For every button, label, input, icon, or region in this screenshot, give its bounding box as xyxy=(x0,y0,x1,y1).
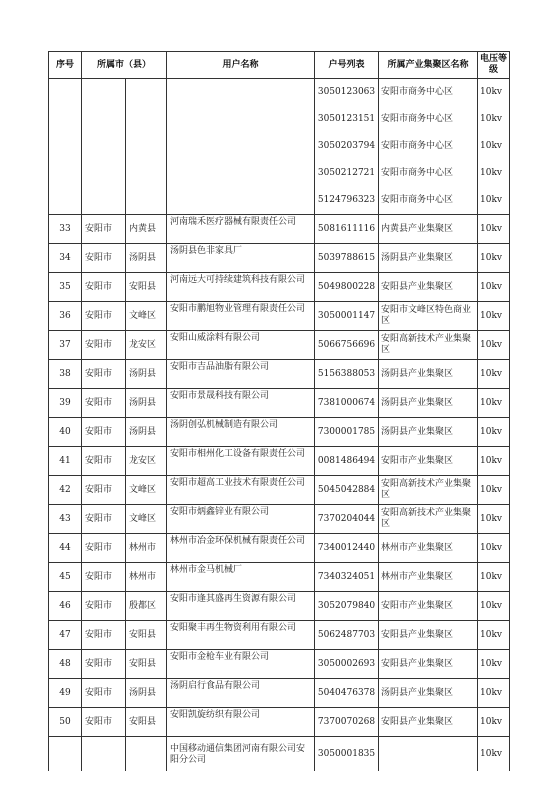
user-name-cell: 安阳聚丰再生物资利用有限公司 xyxy=(167,621,315,650)
table-row: 42安阳市文峰区安阳市超高工业技术有限责任公司5045042884安阳高新技术产… xyxy=(49,476,510,505)
user-name-cell: 汤阴启行食品有限公司 xyxy=(167,679,315,708)
header-user-name: 用户名称 xyxy=(167,52,315,79)
user-name-cell: 安阳市超高工业技术有限责任公司 xyxy=(167,476,315,505)
voltage-cell: 10kv xyxy=(478,79,510,107)
account-cell: 3050001835 xyxy=(315,737,379,772)
voltage-cell: 10kv xyxy=(478,534,510,563)
account-cell: 3050203794 xyxy=(315,133,379,160)
zone-cell: 汤阴县产业集聚区 xyxy=(379,244,478,273)
seq-cell: 40 xyxy=(49,418,82,447)
user-name-cell: 安阳市金枪车业有限公司 xyxy=(167,650,315,679)
voltage-cell: 10kv xyxy=(478,331,510,360)
county-cell: 内黄县 xyxy=(126,215,167,244)
account-cell: 5062487703 xyxy=(315,621,379,650)
seq-cell: 45 xyxy=(49,563,82,592)
header-seq: 序号 xyxy=(49,52,82,79)
county-cell: 汤阴县 xyxy=(126,360,167,389)
user-name-cell: 安阳山威涂料有限公司 xyxy=(167,331,315,360)
voltage-cell: 10kv xyxy=(478,273,510,302)
seq-cell: 36 xyxy=(49,302,82,331)
continuation-name-cell xyxy=(167,79,315,215)
account-cell: 5040476378 xyxy=(315,679,379,708)
account-cell: 5066756696 xyxy=(315,331,379,360)
voltage-cell: 10kv xyxy=(478,160,510,187)
zone-cell: 安阳县产业集聚区 xyxy=(379,708,478,737)
user-name-cell: 汤阴创弘机械制造有限公司 xyxy=(167,418,315,447)
account-cell: 0081486494 xyxy=(315,447,379,476)
table-row: 45安阳市林州市林州市金马机械厂7340324051林州市产业集聚区10kv xyxy=(49,563,510,592)
seq-cell: 50 xyxy=(49,708,82,737)
seq-cell: 46 xyxy=(49,592,82,621)
city-cell: 安阳市 xyxy=(82,505,126,534)
county-cell: 汤阴县 xyxy=(126,244,167,273)
account-cell: 7370070268 xyxy=(315,708,379,737)
seq-cell: 43 xyxy=(49,505,82,534)
zone-cell: 安阳市商务中心区 xyxy=(379,106,478,133)
zone-cell: 安阳市商务中心区 xyxy=(379,79,478,107)
voltage-cell: 10kv xyxy=(478,708,510,737)
county-cell: 安阳县 xyxy=(126,621,167,650)
zone-cell xyxy=(379,737,478,772)
county-cell: 汤阴县 xyxy=(126,389,167,418)
zone-cell: 内黄县产业集聚区 xyxy=(379,215,478,244)
county-cell: 汤阴县 xyxy=(126,418,167,447)
account-cell: 7300001785 xyxy=(315,418,379,447)
voltage-cell: 10kv xyxy=(478,187,510,215)
table-row: 38安阳市汤阴县安阳市吉品油脂有限公司5156388053汤阴县产业集聚区10k… xyxy=(49,360,510,389)
county-cell: 安阳县 xyxy=(126,273,167,302)
table-row: 34安阳市汤阴县汤阴县色非家具厂5039788615汤阴县产业集聚区10kv xyxy=(49,244,510,273)
seq-cell xyxy=(49,737,82,772)
seq-cell: 37 xyxy=(49,331,82,360)
county-cell: 安阳县 xyxy=(126,650,167,679)
zone-cell: 汤阴县产业集聚区 xyxy=(379,389,478,418)
zone-cell: 安阳高新技术产业集聚区 xyxy=(379,331,478,360)
city-cell: 安阳市 xyxy=(82,563,126,592)
account-cell: 7370204044 xyxy=(315,505,379,534)
user-name-cell: 安阳凯旋纺织有限公司 xyxy=(167,708,315,737)
voltage-cell: 10kv xyxy=(478,418,510,447)
voltage-cell: 10kv xyxy=(478,389,510,418)
city-cell: 安阳市 xyxy=(82,418,126,447)
table-row: 44安阳市林州市林州市冶金环保机械有限责任公司7340012440林州市产业集聚… xyxy=(49,534,510,563)
county-cell xyxy=(126,737,167,772)
city-cell: 安阳市 xyxy=(82,476,126,505)
seq-cell: 38 xyxy=(49,360,82,389)
city-cell: 安阳市 xyxy=(82,447,126,476)
voltage-cell: 10kv xyxy=(478,592,510,621)
city-cell: 安阳市 xyxy=(82,360,126,389)
table-row: 36安阳市文峰区安阳市鹏旭物业管理有限责任公司3050001147安阳市文峰区特… xyxy=(49,302,510,331)
user-name-cell: 中国移动通信集团河南有限公司安阳分公司 xyxy=(167,737,315,772)
voltage-cell: 10kv xyxy=(478,447,510,476)
zone-cell: 林州市产业集聚区 xyxy=(379,563,478,592)
zone-cell: 汤阴县产业集聚区 xyxy=(379,360,478,389)
city-cell: 安阳市 xyxy=(82,534,126,563)
seq-cell: 35 xyxy=(49,273,82,302)
account-cell: 7381000674 xyxy=(315,389,379,418)
county-cell: 文峰区 xyxy=(126,302,167,331)
table-row: 39安阳市汤阴县安阳市景晟科技有限公司7381000674汤阴县产业集聚区10k… xyxy=(49,389,510,418)
county-cell: 林州市 xyxy=(126,534,167,563)
user-name-cell: 林州市冶金环保机械有限责任公司 xyxy=(167,534,315,563)
voltage-cell: 10kv xyxy=(478,133,510,160)
zone-cell: 安阳县产业集聚区 xyxy=(379,650,478,679)
table-row: 43安阳市文峰区安阳市炳鑫锌业有限公司7370204044安阳高新技术产业集聚区… xyxy=(49,505,510,534)
city-cell: 安阳市 xyxy=(82,273,126,302)
county-cell: 文峰区 xyxy=(126,505,167,534)
document-page: 序号 所属市（县） 用户名称 户号列表 所属产业集聚区名称 电压等级 30501… xyxy=(48,51,510,771)
user-name-cell: 安阳市鹏旭物业管理有限责任公司 xyxy=(167,302,315,331)
county-cell: 文峰区 xyxy=(126,476,167,505)
user-name-cell: 安阳市景晟科技有限公司 xyxy=(167,389,315,418)
seq-cell: 47 xyxy=(49,621,82,650)
seq-cell: 49 xyxy=(49,679,82,708)
voltage-cell: 10kv xyxy=(478,106,510,133)
user-name-cell: 河南远大可持续建筑科技有限公司 xyxy=(167,273,315,302)
voltage-cell: 10kv xyxy=(478,360,510,389)
city-cell: 安阳市 xyxy=(82,389,126,418)
zone-cell: 安阳市商务中心区 xyxy=(379,160,478,187)
account-cell: 3050123063 xyxy=(315,79,379,107)
city-cell: 安阳市 xyxy=(82,650,126,679)
voltage-cell: 10kv xyxy=(478,737,510,772)
header-account: 户号列表 xyxy=(315,52,379,79)
seq-cell: 42 xyxy=(49,476,82,505)
seq-cell: 34 xyxy=(49,244,82,273)
table-row: 40安阳市汤阴县汤阴创弘机械制造有限公司7300001785汤阴县产业集聚区10… xyxy=(49,418,510,447)
voltage-cell: 10kv xyxy=(478,621,510,650)
table-row: 41安阳市龙安区安阳市相州化工设备有限责任公司0081486494安阳市产业集聚… xyxy=(49,447,510,476)
city-cell: 安阳市 xyxy=(82,621,126,650)
user-name-cell: 安阳市炳鑫锌业有限公司 xyxy=(167,505,315,534)
user-name-cell: 河南瑞禾医疗器械有限责任公司 xyxy=(167,215,315,244)
industrial-users-table: 序号 所属市（县） 用户名称 户号列表 所属产业集聚区名称 电压等级 30501… xyxy=(48,51,510,771)
table-row: 33安阳市内黄县河南瑞禾医疗器械有限责任公司5081611116内黄县产业集聚区… xyxy=(49,215,510,244)
table-row: 50安阳市安阳县安阳凯旋纺织有限公司7370070268安阳县产业集聚区10kv xyxy=(49,708,510,737)
zone-cell: 安阳市产业集聚区 xyxy=(379,447,478,476)
seq-cell: 41 xyxy=(49,447,82,476)
county-cell: 林州市 xyxy=(126,563,167,592)
seq-cell: 48 xyxy=(49,650,82,679)
zone-cell: 安阳市商务中心区 xyxy=(379,187,478,215)
account-cell: 5045042884 xyxy=(315,476,379,505)
table-row: 中国移动通信集团河南有限公司安阳分公司305000183510kv xyxy=(49,737,510,772)
voltage-cell: 10kv xyxy=(478,505,510,534)
zone-cell: 安阳市文峰区特色商业区 xyxy=(379,302,478,331)
voltage-cell: 10kv xyxy=(478,650,510,679)
county-cell: 龙安区 xyxy=(126,331,167,360)
account-cell: 3050123151 xyxy=(315,106,379,133)
county-cell: 殷都区 xyxy=(126,592,167,621)
city-cell xyxy=(82,737,126,772)
voltage-cell: 10kv xyxy=(478,679,510,708)
user-name-cell: 安阳市相州化工设备有限责任公司 xyxy=(167,447,315,476)
city-cell: 安阳市 xyxy=(82,244,126,273)
county-cell: 安阳县 xyxy=(126,708,167,737)
seq-cell: 33 xyxy=(49,215,82,244)
account-cell: 3052079840 xyxy=(315,592,379,621)
seq-cell: 44 xyxy=(49,534,82,563)
account-cell: 5124796323 xyxy=(315,187,379,215)
city-cell: 安阳市 xyxy=(82,331,126,360)
table-row: 48安阳市安阳县安阳市金枪车业有限公司3050002693安阳县产业集聚区10k… xyxy=(49,650,510,679)
table-row: 47安阳市安阳县安阳聚丰再生物资利用有限公司5062487703安阳县产业集聚区… xyxy=(49,621,510,650)
header-row: 序号 所属市（县） 用户名称 户号列表 所属产业集聚区名称 电压等级 xyxy=(49,52,510,79)
zone-cell: 安阳市商务中心区 xyxy=(379,133,478,160)
table-row: 37安阳市龙安区安阳山威涂料有限公司5066756696安阳高新技术产业集聚区1… xyxy=(49,331,510,360)
account-cell: 3050212721 xyxy=(315,160,379,187)
table-row: 46安阳市殷都区安阳市逢其盛再生资源有限公司3052079840安阳市产业集聚区… xyxy=(49,592,510,621)
zone-cell: 安阳市产业集聚区 xyxy=(379,592,478,621)
city-cell: 安阳市 xyxy=(82,215,126,244)
account-cell: 7340012440 xyxy=(315,534,379,563)
continuation-seq-cell xyxy=(49,79,82,215)
user-name-cell: 安阳市吉品油脂有限公司 xyxy=(167,360,315,389)
voltage-cell: 10kv xyxy=(478,215,510,244)
city-cell: 安阳市 xyxy=(82,592,126,621)
table-row: 35安阳市安阳县河南远大可持续建筑科技有限公司5049800228安阳县产业集聚… xyxy=(49,273,510,302)
account-cell: 3050001147 xyxy=(315,302,379,331)
table-row: 49安阳市汤阴县汤阴启行食品有限公司5040476378汤阴县产业集聚区10kv xyxy=(49,679,510,708)
city-cell: 安阳市 xyxy=(82,302,126,331)
county-cell: 汤阴县 xyxy=(126,679,167,708)
zone-cell: 安阳县产业集聚区 xyxy=(379,621,478,650)
header-voltage: 电压等级 xyxy=(478,52,510,79)
zone-cell: 汤阴县产业集聚区 xyxy=(379,418,478,447)
city-cell: 安阳市 xyxy=(82,708,126,737)
header-zone: 所属产业集聚区名称 xyxy=(379,52,478,79)
account-cell: 5081611116 xyxy=(315,215,379,244)
voltage-cell: 10kv xyxy=(478,302,510,331)
continuation-city-cell xyxy=(82,79,126,215)
voltage-cell: 10kv xyxy=(478,476,510,505)
account-cell: 5156388053 xyxy=(315,360,379,389)
user-name-cell: 汤阴县色非家具厂 xyxy=(167,244,315,273)
zone-cell: 林州市产业集聚区 xyxy=(379,534,478,563)
zone-cell: 安阳高新技术产业集聚区 xyxy=(379,505,478,534)
table-row-continuation: 3050123063安阳市商务中心区10kv xyxy=(49,79,510,107)
account-cell: 5049800228 xyxy=(315,273,379,302)
seq-cell: 39 xyxy=(49,389,82,418)
continuation-county-cell xyxy=(126,79,167,215)
header-city-county: 所属市（县） xyxy=(82,52,167,79)
user-name-cell: 林州市金马机械厂 xyxy=(167,563,315,592)
county-cell: 龙安区 xyxy=(126,447,167,476)
city-cell: 安阳市 xyxy=(82,679,126,708)
voltage-cell: 10kv xyxy=(478,563,510,592)
voltage-cell: 10kv xyxy=(478,244,510,273)
account-cell: 7340324051 xyxy=(315,563,379,592)
zone-cell: 汤阴县产业集聚区 xyxy=(379,679,478,708)
user-name-cell: 安阳市逢其盛再生资源有限公司 xyxy=(167,592,315,621)
account-cell: 3050002693 xyxy=(315,650,379,679)
zone-cell: 安阳县产业集聚区 xyxy=(379,273,478,302)
zone-cell: 安阳高新技术产业集聚区 xyxy=(379,476,478,505)
account-cell: 5039788615 xyxy=(315,244,379,273)
